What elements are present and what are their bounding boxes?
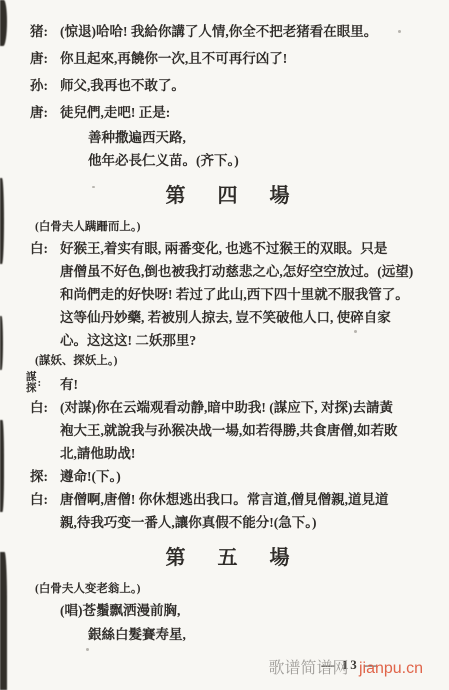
- dialogue-text: 徒兒們,走吧! 正是:: [60, 99, 431, 126]
- speaker-label: 猪:: [30, 18, 60, 45]
- watermark-site-url: jianpu.cn: [359, 660, 423, 677]
- stage-direction: (白骨夫人变老翁上。): [35, 580, 431, 599]
- sung-verse-line: (唱)苍鬚飘洒漫前胸,: [60, 599, 431, 623]
- speaker-label: 唐:: [30, 99, 60, 126]
- scanned-script-page: 猪: (惊退)哈哈! 我給你講了人情,你全不把老猪看在眼里。 唐: 你且起來,再…: [0, 0, 449, 690]
- dialogue-line: 唐: 徒兒們,走吧! 正是:: [30, 99, 431, 126]
- speaker-label: 孙:: [30, 72, 60, 99]
- dialogue-text: 你且起來,再饒你一次,且不可再行凶了!: [60, 45, 431, 72]
- stage-direction: (白骨夫人蹒跚而上。): [35, 218, 431, 237]
- watermark-site-name: 歌谱简谱网: [268, 660, 348, 677]
- dialogue-line: 孙: 师父,我再也不敢了。: [30, 72, 431, 99]
- dialogue-text: 这等仙丹妙藥, 若被別人掠去, 豈不笑破他人口, 使碎自家: [60, 306, 431, 329]
- dialogue-text: 师父,我再也不敢了。: [60, 72, 431, 99]
- speaker-bottom: 探: [26, 383, 37, 394]
- dialogue-line: 白: (对謀)你在云端观看动静,暗中助我! (謀应下, 对探)去請黃: [30, 396, 431, 419]
- dialogue-line: 白: 唐僧啊,唐僧! 你休想逃出我口。常言道,僧見僧親,道見道: [30, 488, 431, 511]
- verse-line: 善种撒遍西天路,: [88, 126, 431, 149]
- scan-edge-artifact: [0, 420, 4, 512]
- dialogue-text: 北,請他助战!: [60, 442, 431, 465]
- page-content: 猪: (惊退)哈哈! 我給你講了人情,你全不把老猪看在眼里。 唐: 你且起來,再…: [30, 18, 431, 673]
- scan-edge-artifact: [0, 178, 4, 264]
- speaker-label: 白:: [30, 237, 60, 260]
- dialogue-line: 白: 好猴王,着实有眼, 兩番变化, 也逃不过猴王的双眼。只是: [30, 237, 431, 260]
- dialogue-line: 唐: 你且起來,再饒你一次,且不可再行凶了!: [30, 45, 431, 72]
- dialogue-text: 唐僧虽不好色,倒也被我打动慈悲之心,怎好空空放过。(远望): [60, 260, 431, 283]
- scene4-title: 第 四 場: [30, 181, 431, 211]
- dialogue-text: 遵命!(下。): [60, 465, 431, 488]
- speaker-label: 唐:: [30, 45, 60, 72]
- watermark: 歌谱简谱网 jianpu.cn: [268, 655, 423, 678]
- dialogue-line: 猪: (惊退)哈哈! 我給你講了人情,你全不把老猪看在眼里。: [30, 18, 431, 45]
- scene5-title: 第 五 場: [30, 543, 431, 573]
- verse-line: 他年必長仁义苗。(齐下。): [88, 149, 431, 172]
- dialogue-line: 探: 遵命!(下。): [30, 465, 431, 488]
- bai-orders: 白: (对謀)你在云端观看动静,暗中助我! (謀应下, 对探)去請黃 袍大王,就…: [30, 396, 431, 465]
- duo-speaker-label: 謀 探 :: [26, 372, 56, 394]
- speaker-label: 白:: [30, 488, 60, 511]
- bai-monologue: 白: 好猴王,着实有眼, 兩番变化, 也逃不过猴王的双眼。只是 唐僧虽不好色,倒…: [30, 237, 431, 352]
- dialogue-text: 好猴王,着实有眼, 兩番变化, 也逃不过猴王的双眼。只是: [60, 237, 431, 260]
- speaker-colon: :: [38, 377, 42, 389]
- bai-closing: 白: 唐僧啊,唐僧! 你休想逃出我口。常言道,僧見僧親,道見道 親,待我巧变一番…: [30, 488, 431, 534]
- dialogue-text: (惊退)哈哈! 我給你講了人情,你全不把老猪看在眼里。: [60, 18, 431, 45]
- speaker-label: 探:: [30, 465, 60, 488]
- dialogue-text: 親,待我巧变一番人,讓你真假不能分!(急下。): [60, 511, 431, 534]
- speaker-label: 白:: [30, 396, 60, 419]
- dialogue-text: (对謀)你在云端观看动静,暗中助我! (謀应下, 对探)去請黃: [60, 396, 431, 419]
- scan-edge-artifact: [0, 552, 7, 690]
- dialogue-text: 有!: [60, 373, 78, 393]
- duo-dialogue-line: 謀 探 : 有!: [30, 372, 431, 394]
- stage-direction: (謀妖、探妖上。): [35, 352, 431, 371]
- dialogue-text: 心。这这这! 二妖那里?: [60, 329, 431, 352]
- speaker-top: 謀: [26, 372, 37, 383]
- sung-verse-line: 銀絲白髮賽寿星,: [88, 623, 431, 647]
- dialogue-text: 和尚們走的好快呀! 若过了此山,西下四十里就不服我管了。: [60, 283, 431, 306]
- scan-edge-artifact: [0, 316, 3, 370]
- scan-edge-artifact: [0, 0, 7, 46]
- scene3-ending-dialogue: 猪: (惊退)哈哈! 我給你講了人情,你全不把老猪看在眼里。 唐: 你且起來,再…: [30, 18, 431, 126]
- stacked-speakers: 謀 探: [26, 372, 37, 394]
- dialogue-text: 袍大王,就說我与孙猴决战一場,如若得勝,共食唐僧,如若敗: [60, 419, 431, 442]
- dialogue-text: 唐僧啊,唐僧! 你休想逃出我口。常言道,僧見僧親,道見道: [60, 488, 431, 511]
